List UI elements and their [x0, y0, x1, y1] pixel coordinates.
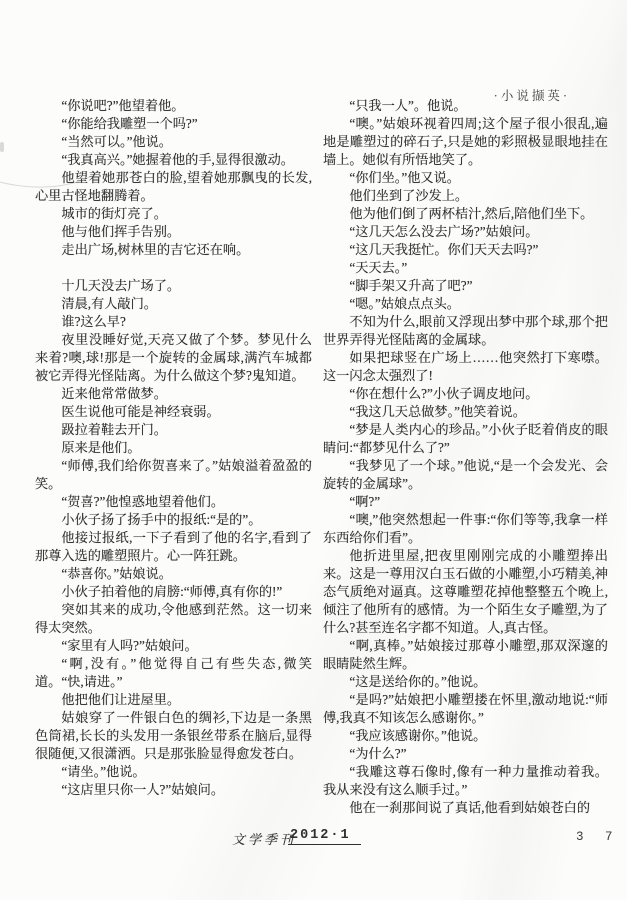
issue-number: 2012·1	[288, 828, 361, 845]
paragraph: 夜里没睡好觉,天亮又做了个梦。梦见什么来着?噢,球!那是一个旋转的金属球,满汽车…	[35, 331, 312, 385]
paragraph: “当然可以。”他说。	[35, 133, 312, 151]
paragraph: “天天去。”	[323, 259, 608, 277]
paragraph: 城市的街灯亮了。	[35, 205, 312, 223]
paragraph: “噢。”姑娘环视着四周;这个屋子很小很乱,遍地是雕塑过的碎石子,只是她的彩照极显…	[323, 115, 608, 169]
paragraph: “我应该感谢你。”他说。	[323, 727, 608, 745]
paragraph: “是吗?”姑娘把小雕塑搂在怀里,激动地说:“师傅,我真不知该怎么感谢你。”	[323, 691, 608, 727]
scan-edge-mark	[0, 142, 4, 152]
paragraph: “师傅,我们给你贺喜来了。”姑娘溢着盈盈的笑。	[35, 457, 312, 493]
scanned-magazine-page: ·小说撷英· “你说吧?”他望着他。“你能给我雕塑一个吗?”“当然可以。”他说。…	[0, 0, 627, 900]
paragraph: “我真高兴。”她握着他的手,显得很激动。	[35, 151, 312, 169]
paragraph: 近来他常常做梦。	[35, 385, 312, 403]
paragraph: 原来是他们。	[35, 439, 312, 457]
paragraph: “这店里只你一人?”姑娘问。	[35, 781, 312, 799]
paragraph: “你能给我雕塑一个吗?”	[35, 115, 312, 133]
paragraph: “你说吧?”他望着他。	[35, 97, 312, 115]
paragraph: “脚手架又升高了吧?”	[323, 277, 608, 295]
paragraph: 趿拉着鞋去开门。	[35, 421, 312, 439]
paragraph: “我梦见了一个球。”他说,“是一个会发光、会旋转的金属球”。	[323, 457, 608, 493]
paragraph: 他与他们挥手告别。	[35, 223, 312, 241]
paragraph: 不知为什么,眼前又浮现出梦中那个球,那个把世界弄得光怪陆离的金属球。	[323, 313, 608, 349]
paragraph: “我雕这尊石像时,像有一种力量推动着我。我从来没有这么顺手过。”	[323, 763, 608, 799]
paragraph: 突如其来的成功,令他感到茫然。这一切来得太突然。	[35, 601, 312, 637]
paragraph: “嗯。”姑娘点点头。	[323, 295, 608, 313]
paragraph: 谁?这么早?	[35, 313, 312, 331]
paragraph: “梦是人类内心的珍品。”小伙子眨着俏皮的眼睛问:“都梦见什么了?”	[323, 421, 608, 457]
paragraph: 医生说他可能是神经衰弱。	[35, 403, 312, 421]
paragraph: 小伙子拍着他的肩膀:“师傅,真有你的!”	[35, 583, 312, 601]
paragraph: “只我一人”。他说。	[323, 97, 608, 115]
page-footer: 文学季刊 2012·1 3 7	[0, 828, 627, 850]
paragraph: “啊,没有。”他觉得自己有些失态,微笑道。“快,请进。”	[35, 655, 312, 691]
paragraph: 清晨,有人敲门。	[35, 295, 312, 313]
paragraph: “为什么?”	[323, 745, 608, 763]
right-text-column: “只我一人”。他说。“噢。”姑娘环视着四周;这个屋子很小很乱,遍地是雕塑过的碎石…	[323, 97, 608, 817]
paragraph: 他望着她那苍白的脸,望着她那飘曳的长发,心里古怪地翻腾着。	[35, 169, 312, 205]
paragraph: 小伙子扬了扬手中的报纸:“是的”。	[35, 511, 312, 529]
paragraph: “恭喜你。”姑娘说。	[35, 565, 312, 583]
paragraph: 他在一刹那间说了真话,他看到姑娘苍白的	[323, 799, 608, 817]
paragraph: 姑娘穿了一件银白色的绸衫,下边是一条黑色筒裙,长长的头发用一条银丝带系在脑后,显…	[35, 709, 312, 763]
paragraph: “啊?”	[323, 493, 608, 511]
paragraph: “贺喜?”他惶惑地望着他们。	[35, 493, 312, 511]
paragraph: “家里有人吗?”姑娘问。	[35, 637, 312, 655]
paragraph: “这几天我挺忙。你们天天去吗?”	[323, 241, 608, 259]
paragraph: “啊,真棒。”姑娘接过那尊小雕塑,那双深邃的眼睛陡然生辉。	[323, 637, 608, 673]
paragraph: 如果把球竖在广场上……他突然打下寒噤。这一闪念太强烈了!	[323, 349, 608, 385]
page-number: 3 7	[576, 830, 620, 844]
paragraph: “你们坐。”他又说。	[323, 169, 608, 187]
paragraph: “我这几天总做梦。”他笑着说。	[323, 403, 608, 421]
paragraph: 他折进里屋,把夜里刚刚完成的小雕塑捧出来。这是一尊用汉白玉石做的小雕塑,小巧精美…	[323, 547, 608, 637]
paragraph: “这几天怎么没去广场?”姑娘问。	[323, 223, 608, 241]
paragraph: “噢,”他突然想起一件事:“你们等等,我拿一样东西给你们看”。	[323, 511, 608, 547]
section-break	[35, 259, 312, 277]
paragraph: 他为他们倒了两杯桔汁,然后,陪他们坐下。	[323, 205, 608, 223]
paragraph: 走出广场,树林里的吉它还在响。	[35, 241, 312, 259]
paragraph: 他们坐到了沙发上。	[323, 187, 608, 205]
left-text-column: “你说吧?”他望着他。“你能给我雕塑一个吗?”“当然可以。”他说。“我真高兴。”…	[35, 97, 312, 799]
paragraph: “请坐。”他说。	[35, 763, 312, 781]
paragraph: 他接过报纸,一下子看到了他的名字,看到了那尊入选的雕塑照片。心一阵狂跳。	[35, 529, 312, 565]
paragraph: 十几天没去广场了。	[35, 277, 312, 295]
paragraph: 他把他们让进屋里。	[35, 691, 312, 709]
paragraph: “这是送给你的。”他说。	[323, 673, 608, 691]
paragraph: “你在想什么?”小伙子调皮地问。	[323, 385, 608, 403]
journal-title: 文学季刊	[232, 829, 296, 848]
